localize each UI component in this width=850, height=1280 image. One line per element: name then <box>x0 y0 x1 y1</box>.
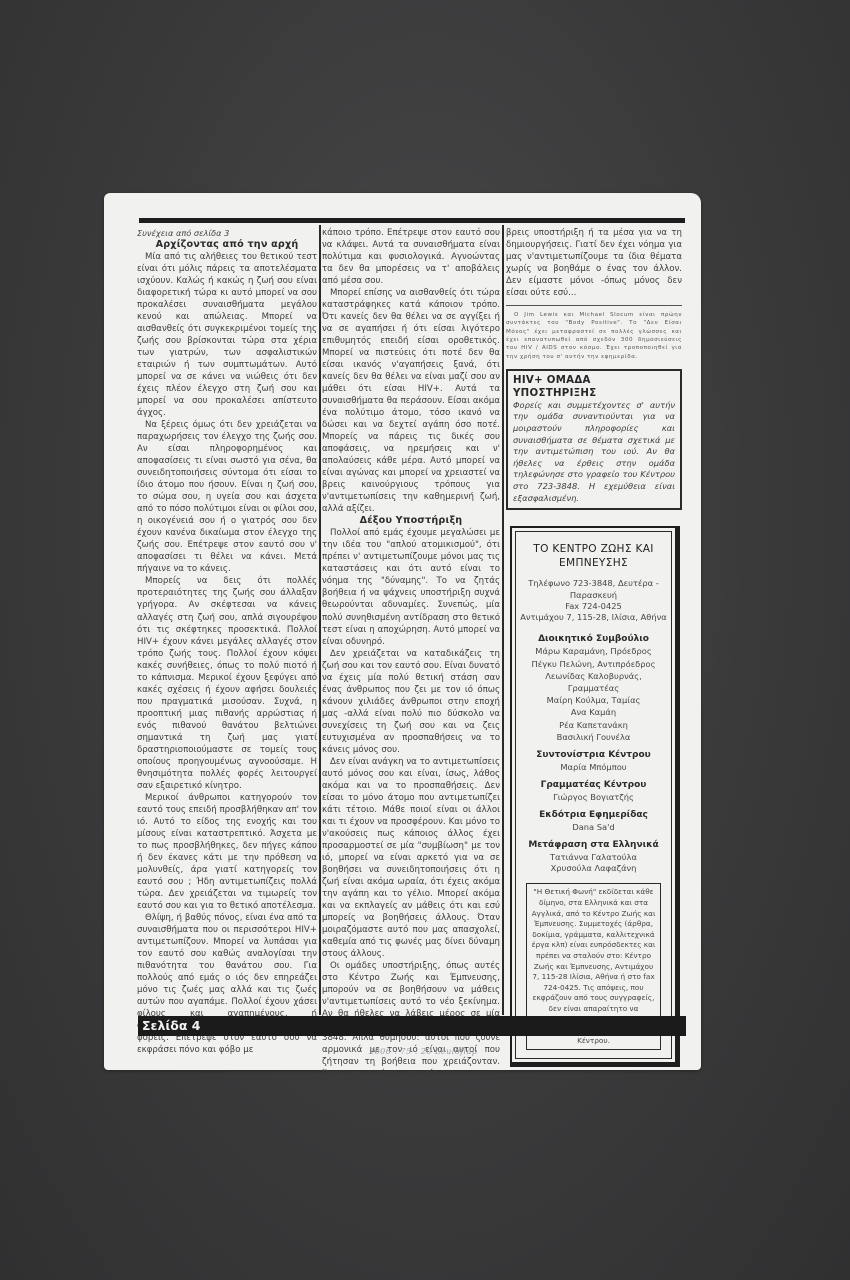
paragraph: Μερικοί άνθρωποι κατηγορούν τον εαυτό το… <box>137 792 317 912</box>
center-title: ΤΟ ΚΕΝΤΡΟ ΖΩΗΣ ΚΑΙ ΕΜΠΝΕΥΣΗΣ <box>520 542 667 570</box>
paragraph: Να ξέρεις όμως ότι δεν χρειάζεται να παρ… <box>137 419 317 575</box>
secretary-title: Γραμματέας Κέντρου <box>520 779 667 792</box>
coordinator-name: Μαρία Μπόμπου <box>520 762 667 773</box>
center-info-box: ΤΟ ΚΕΝΤΡΟ ΖΩΗΣ ΚΑΙ ΕΜΠΝΕΥΣΗΣ Τηλέφωνο 72… <box>510 526 680 1067</box>
column-2: κάποιο τρόπο. Επέτρεψε στον εαυτό σου να… <box>322 227 500 1080</box>
board-member: Βασιλική Γουνέλα <box>520 731 667 743</box>
support-group-box: HIV+ ΟΜΑΔΑ ΥΠΟΣΤΗΡΙΞΗΣ Φορείς και συμμετ… <box>506 369 682 510</box>
contact-info: Τηλέφωνο 723-3848, Δευτέρα - Παρασκευή F… <box>520 578 667 624</box>
paragraph: Μία από τις αλήθειες του θετικού τεστ εί… <box>137 251 317 419</box>
support-group-title: HIV+ ΟΜΑΔΑ ΥΠΟΣΤΗΡΙΞΗΣ <box>513 374 675 400</box>
publisher-title: Εκδότρια Εφημερίδας <box>520 809 667 822</box>
continued-from-label: Συνέχεια από σελίδα 3 <box>137 227 317 239</box>
page-footer-bar: Σελίδα 4 <box>138 1016 686 1036</box>
paragraph: κάποιο τρόπο. Επέτρεψε στον εαυτό σου να… <box>322 227 500 287</box>
phone: Τηλέφωνο 723-3848, Δευτέρα - Παρασκευή <box>520 578 667 601</box>
newsletter-page: Συνέχεια από σελίδα 3 Αρχίζοντας από την… <box>104 193 701 1070</box>
paragraph: Μπορεί επίσης να αισθανθείς ότι τώρα κατ… <box>322 287 500 515</box>
support-group-body: Φορείς και συμμετέχοντες σ' αυτήν την ομ… <box>513 400 675 504</box>
address: Αντιμάχου 7, 115-28, Ιλίσια, Αθήνα <box>520 612 667 623</box>
secretary-name: Γιώργος Βογιατζής <box>520 792 667 803</box>
paragraph: Πολλοί από εμάς έχουμε μεγαλώσει με την … <box>322 527 500 647</box>
column-3: βρεις υποστήριξη ή τα μέσα για να τη δημ… <box>506 227 682 1067</box>
article-heading: Αρχίζοντας από την αρχή <box>137 239 317 251</box>
board-member: Ρέα Καπετανάκη <box>520 719 667 731</box>
board-member: Πέγκυ Πελώνη, Αντιπρόεδρος <box>520 658 667 670</box>
publisher-name: Dana Sa'd <box>520 822 667 833</box>
board-title: Διοικητικό Συμβούλιο <box>520 633 667 646</box>
fax: Fax 724-0425 <box>520 601 667 612</box>
column-divider <box>502 225 504 1015</box>
section-heading: Δέξου Υποστήριξη <box>322 515 500 527</box>
paragraph: βρεις υποστήριξη ή τα μέσα για να τη δημ… <box>506 227 682 299</box>
paragraph: Μπορείς να δεις ότι πολλές προτεραιότητε… <box>137 575 317 791</box>
paragraph: Δεν χρειάζεται να καταδικάζεις τη ζωή σο… <box>322 648 500 756</box>
board-member: Ανα Καμάη <box>520 706 667 718</box>
column-1: Συνέχεια από σελίδα 3 Αρχίζοντας από την… <box>137 227 317 1056</box>
column-divider <box>319 225 321 1015</box>
paragraph: Δεν είναι ανάγκη να το αντιμετωπίσεις αυ… <box>322 756 500 960</box>
handwritten-archive-note: 2006 . 75 . 20 Leuloflap <box>369 1047 478 1056</box>
translation-title: Μετάφραση στα Ελληνικά <box>520 839 667 852</box>
board-member: Μαίρη Κούλμα, Ταμίας <box>520 694 667 706</box>
translator-name: Τατιάννα Γαλατούλα <box>520 852 667 863</box>
translator-name: Χρυσούλα Λαφαζάνη <box>520 863 667 874</box>
page-number-label: Σελίδα 4 <box>142 1018 201 1033</box>
board-members: Μάρω Καραμάνη, Πρόεδρος Πέγκυ Πελώνη, Αν… <box>520 645 667 743</box>
board-member: Λεωνίδας Καλοβυρνάς, Γραμματέας <box>520 670 667 694</box>
coordinator-title: Συντονίστρια Κέντρου <box>520 749 667 762</box>
author-credit: Ο Jim Lewis και Michael Slocum είναι πρώ… <box>506 305 682 361</box>
board-member: Μάρω Καραμάνη, Πρόεδρος <box>520 645 667 657</box>
top-rule <box>139 218 685 223</box>
